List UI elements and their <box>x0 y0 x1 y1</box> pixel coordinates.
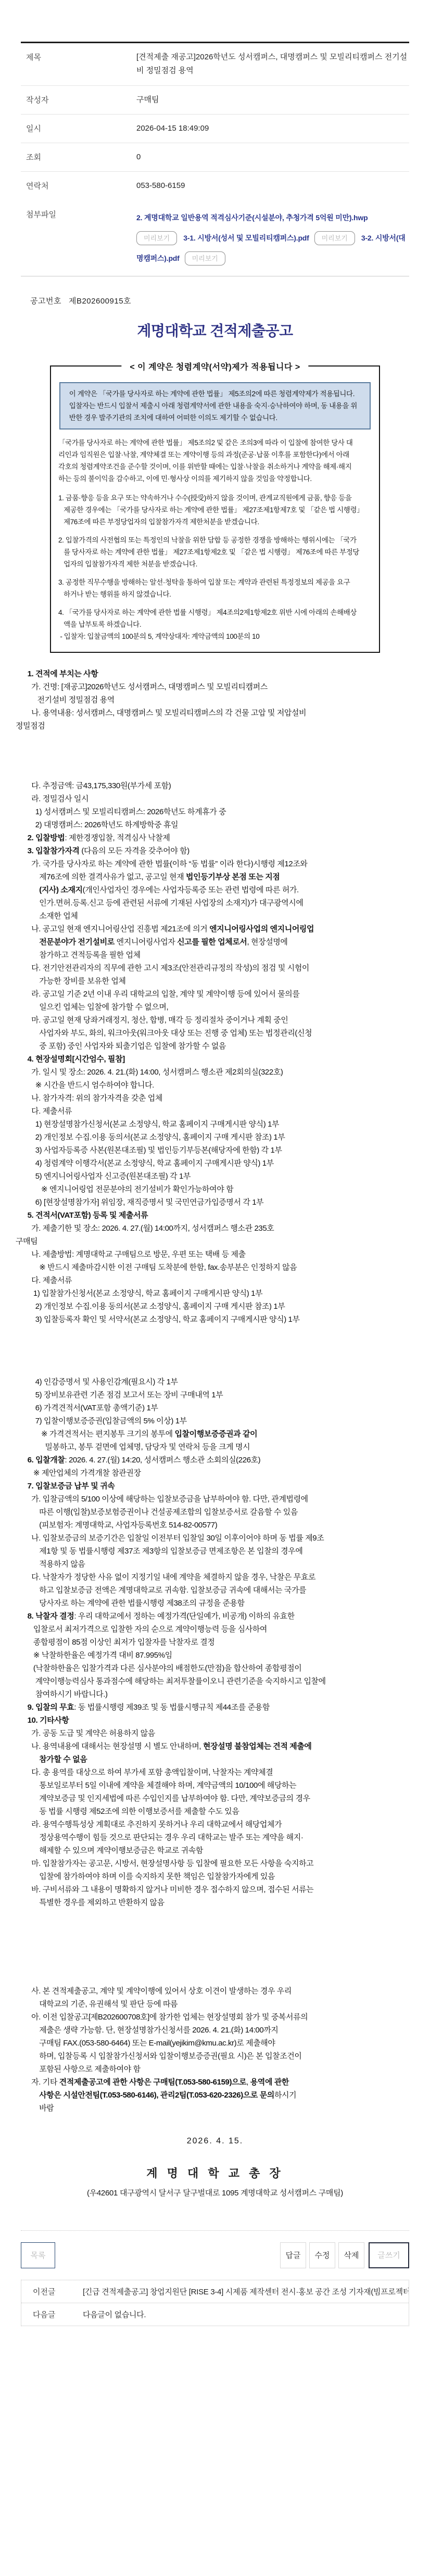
action-bar: 목록 답글 수정 삭제 글쓰기 <box>21 2242 409 2268</box>
doc-line: ※ 엔지니어링업 전문분야의 전기설비가 확인가능하여야 함 <box>16 1183 409 1196</box>
integrity-box-heading: < 이 계약은 청렴계약(서약)제가 적용됩니다 > <box>121 360 308 372</box>
list-button[interactable]: 목록 <box>21 2242 55 2268</box>
doc-line: (피보험자: 계명대학교, 사업자등록번호 514-82-00577) <box>16 1519 409 1532</box>
doc-line: 가능한 장비를 보유한 업체 <box>16 975 409 988</box>
notice-address: (우42601 대구광역시 달서구 달구벌대로 1095 계명대학교 성서캠퍼스… <box>21 2187 409 2198</box>
prev-next-row: 다음글다음글이 없습니다. <box>21 2303 409 2326</box>
field-label: 연락처 <box>21 179 136 191</box>
doc-line: (낙찰하한율은 입찰가격과 다른 심사분야의 배점한도(만점)을 합산하여 종합… <box>16 1662 409 1675</box>
doc-line: 6) [현장설명참가자] 위임장, 재직증명서 및 국민연금가입증명서 각 1부 <box>16 1196 409 1209</box>
doc-line: 당사자로 하는 계약에 관한 법률시행령 제38조의 규정을 준용함 <box>16 1597 409 1610</box>
doc-line: 하고 입찰보증금 전액은 계명대학교로 귀속함. 입찰보증금 귀속에 대해서는 … <box>16 1584 409 1597</box>
notice-signature: 계 명 대 학 교 총 장 <box>21 2165 409 2181</box>
doc-line: 4. 「국가를 당사자로 하는 계약에 관한 법률 시행령」 제4조의2제1항제… <box>58 607 372 618</box>
doc-line: 다. 추정금액: 금43,175,330원(부가세 포함) <box>16 779 409 792</box>
doc-line: 바람 <box>16 2102 409 2115</box>
notice-number: 공고번호제B202600915호 <box>21 295 409 306</box>
preview-button[interactable]: 미리보기 <box>185 251 225 266</box>
doc-line: 바. 구비서류와 그 내용이 명확하지 않거나 미비한 경우 접수하지 않으며,… <box>16 1883 409 1896</box>
doc-line: 다. 낙찰자가 정당한 사유 없이 지정기일 내에 계약을 체결하지 않을 경우… <box>16 1571 409 1584</box>
doc-line: 따른 이행(입찰)보증보험증권이나 건설공제조합의 입찰보증서로 갈음할 수 있… <box>16 1506 409 1519</box>
doc-line: 업자의 입찰참가자격 제한 처분을 받겠습니다. <box>58 558 372 570</box>
attachments-row: 첨부파일 2. 계명대학교 일반용역 적격심사기준(시설분야, 추청가격 5억원… <box>21 200 409 276</box>
field-label: 제목 <box>21 50 136 62</box>
doc-line: 2. 입찰방법: 제한경쟁입찰, 적격심사 낙찰제 <box>16 831 409 844</box>
doc-line: 나. 공고일 현재 엔지니어링산업 진흥법 제21조에 의거 엔지니어링사업의 … <box>16 923 409 936</box>
doc-line: 2) 대명캠퍼스: 2026학년도 하계방학중 휴일 <box>16 818 409 831</box>
doc-line: 가. 일시 및 장소: 2026. 4. 21.(화) 14:00, 성서캠퍼스… <box>16 1066 409 1079</box>
doc-line: 나. 참가자격: 위의 참가자격을 갖춘 업체 <box>16 1092 409 1105</box>
doc-line: 나. 용역내용에 대해서는 현장설명 시 별도 안내하며, 현장설명 불참업체는… <box>16 1740 409 1753</box>
board-post-page: 제목[견적제출 재공고]2026학년도 성서캠퍼스, 대명캠퍼스 및 모빌리티캠… <box>0 0 430 2576</box>
doc-line: 가. 공동 도급 및 계약은 허용하지 않음 <box>16 1727 409 1740</box>
notice-number-label: 공고번호 <box>30 297 61 306</box>
post-field-row: 조회0 <box>21 143 409 172</box>
doc-line: 제출은 생략 가능함. 단, 현장설명참가신청서를 2026. 4. 21.(화… <box>16 2024 409 2037</box>
field-label: 조회 <box>21 150 136 162</box>
integrity-box-intro: 이 계약은 「국가를 당사자로 하는 계약에 관한 법률」 제5조의2에 따른 … <box>59 382 371 430</box>
doc-line: 해제할 수 있으며 계약이행보증금은 학교로 귀속함 <box>16 1844 409 1857</box>
attachments-label: 첨부파일 <box>21 208 136 220</box>
doc-line: 동 법률 시행령 제52조에 의한 이행보증서를 제출할 수도 있음 <box>16 1805 409 1818</box>
integrity-contract-box: < 이 계약은 청렴계약(서약)제가 적용됩니다 > 이 계약은 「국가를 당사… <box>50 365 380 653</box>
bottom-spacer <box>21 2326 409 2576</box>
doc-line: 마. 입찰참가자는 공고문, 시방서, 현장설명사항 등 입찰에 필요한 모든 … <box>16 1857 409 1870</box>
doc-line: 계약이행능력심사 통과점수에 해당하는 최저투찰률이오니 관련기준을 숙지하시고… <box>16 1675 409 1688</box>
doc-line: 9. 입찰의 무효: 동 법률시행령 제39조 및 동 법률시행규칙 제44조를… <box>16 1701 409 1714</box>
doc-line: 7) 입찰이행보증증권(입찰금액의 5% 이상) 1부 <box>16 1415 409 1428</box>
doc-line: 를 당사자로 하는 계약에 관한 법률」 제27조제1항제2호 및 「같은 법 … <box>58 546 372 558</box>
doc-line: 액을 납부토록 하겠습니다. <box>58 618 372 630</box>
doc-line: 가. 입찰금액의 5/100 이상에 해당하는 입찰보증금을 납부하여야 함. … <box>16 1493 409 1506</box>
doc-line: 전문분야가 전기설비로 엔지니어링사업자 신고를 필한 업체로서, 현장설명에 <box>16 936 409 949</box>
doc-line: 종합평점이 85점 이상인 최저가 입찰자를 낙찰자로 결정 <box>16 1636 409 1649</box>
doc-line: 적용하지 않음 <box>16 1558 409 1571</box>
doc-line: 입찰자는 반드시 입찰서 제출시 아래 청렴계약서에 관한 내용을 숙지·승낙하… <box>66 400 364 412</box>
doc-line: 중 포함) 중인 사업자와 퇴출기업은 입찰에 참가할 수 없음 <box>16 1040 409 1053</box>
doc-line: 다. 총 용역를 대상으로 하여 부가세 포함 총액입찰이며, 낙찰자는 계약체… <box>16 1766 409 1779</box>
doc-line: 2. 입찰가격의 사전협의 또는 특정인의 낙찰을 위한 담합 등 공정한 경쟁… <box>58 534 372 546</box>
doc-line: 1) 입찰참가신청서(본교 소정양식, 학교 홈페이지 구매게시판 양식) 1부 <box>16 1287 409 1300</box>
doc-line: ※ 시간을 반드시 엄수하여야 합니다. <box>16 1079 409 1092</box>
field-value: 구매팀 <box>136 93 409 107</box>
field-label: 작성자 <box>21 93 136 105</box>
post-field-row: 일시2026-04-15 18:49:09 <box>21 115 409 143</box>
doc-line: 나. 제출방법: 계명대학교 구매팀으로 방문, 우편 또는 택배 등 제출 <box>16 1248 409 1261</box>
action-bar-right: 답글 수정 삭제 글쓰기 <box>277 2242 409 2268</box>
prev-next-row: 이전글[긴급 견적제출공고] 창업지원단 [RISE 3-4] 시제품 제작센터… <box>21 2280 409 2303</box>
prev-next-label: 다음글 <box>21 2309 83 2320</box>
doc-line: 제76조에 의한 결격사유가 없고, 공고일 현재 법인등기부상 본점 또는 지… <box>16 870 409 883</box>
doc-line: 참여하시기 바랍니다.) <box>16 1688 409 1701</box>
doc-line: 나. 용역내용: 성서캠퍼스, 대명캠퍼스 및 모빌리티캠퍼스의 각 건물 고압… <box>16 706 409 719</box>
doc-line: 하며, 입찰등록 시 입찰참가신청서와 입찰이행보증증권(필요 시)은 본 입찰… <box>16 2050 409 2063</box>
prev-post-link[interactable]: [긴급 견적제출공고] 창업지원단 [RISE 3-4] 시제품 제작센터 전시… <box>83 2286 409 2297</box>
doc-line: 사. 본 견적제출공고, 계약 및 계약이행에 있어서 상호 이견이 발생하는 … <box>16 1985 409 1998</box>
doc-line: 1) 성서캠퍼스 및 모빌리티캠퍼스: 2026학년도 하계휴가 중 <box>16 805 409 818</box>
doc-line: 계약보증금 및 인지세법에 따른 수입인지를 납부하여야 함. 다만, 계약보증… <box>16 1792 409 1805</box>
doc-line: 밀봉하고, 봉투 겉면에 업체명, 담당자 및 연락처 등을 크게 명시 <box>16 1441 409 1454</box>
notice-body: 1. 견적에 부치는 사항 가. 건명: [재공고]2026학년도 성서캠퍼스,… <box>21 667 409 2115</box>
doc-line: 5) 장비보유관련 기존 점검 보고서 또는 장비 구매내역 1부 <box>16 1388 409 1401</box>
doc-line: 4. 현장설명회[시간엄수, 필참] <box>16 1053 409 1066</box>
doc-line: 라. 정밀검사 일시 <box>16 792 409 805</box>
doc-line: 나. 입찰보증금의 보증기간은 입찰일 이전부터 입찰일 30일 이후이어야 하… <box>16 1532 409 1545</box>
field-value: 053-580-6159 <box>136 179 409 193</box>
edit-button[interactable]: 수정 <box>309 2242 335 2268</box>
doc-line: 사업자와 부도, 화의, 워크아웃(워크아웃 대상 또는 진행 중 업체) 또는… <box>16 1027 409 1040</box>
notice-date: 2026. 4. 15. <box>21 2137 409 2146</box>
doc-line: 2) 개인정보 수집.이용 동의서(본교 소정양식, 홈페이지 구매 게시판 참… <box>16 1131 409 1144</box>
doc-line: 하는 등의 불이익을 감수하고, 이에 민·형사상 이의를 제기하지 않을 것임… <box>58 473 372 485</box>
preview-button[interactable]: 미리보기 <box>314 231 355 245</box>
doc-line: 이 계약은 「국가를 당사자로 하는 계약에 관한 법률」 제5조의2에 따른 … <box>66 388 364 400</box>
doc-line: 일으킨 업체는 입찰에 참가할 수 없으며, <box>16 1001 409 1014</box>
doc-line: 다. 전기안전관리자의 직무에 관한 고시 제3조(안전관리규정의 작성)의 점… <box>16 962 409 975</box>
doc-line: 소재한 업체 <box>16 910 409 923</box>
prev-next-label: 이전글 <box>21 2286 83 2297</box>
doc-line: 1. 금품·향응 등을 요구 또는 약속하거나 수수(授受)하지 않을 것이며,… <box>58 492 372 504</box>
doc-line: 4) 인감증명서 및 사용인감계(필요시) 각 1부 <box>16 1375 409 1388</box>
doc-line: 리인과 임직원은 입찰·낙찰, 계약체결 또는 계약이행 등의 과정(준공·납품… <box>58 449 372 461</box>
attachment-link[interactable]: 2. 계명대학교 일반용역 적격심사기준(시설분야, 추청가격 5억원 미만).… <box>136 213 368 222</box>
doc-line: 라. 용역수행특성상 계획대로 추진하지 못하거나 우리 대학교에서 해당업체가 <box>16 1818 409 1831</box>
divider <box>21 2230 409 2231</box>
doc-line: 마. 공고일 현재 당좌거래정지, 청산, 합병, 매각 등 정리절차 중이거나… <box>16 1014 409 1027</box>
doc-line: 하거나 받는 행위를 하지 않겠습니다. <box>58 588 372 600</box>
doc-line: 각호의 청렴계약조건을 준수할 것이며, 이를 위반할 때에는 입찰·낙찰을 취… <box>58 461 372 473</box>
next-post-text: 다음글이 없습니다. <box>83 2309 409 2320</box>
doc-line: 10. 기타사항 <box>16 1714 409 1727</box>
doc-line: 다. 제출서류 <box>16 1274 409 1287</box>
doc-line: 제1항 및 동 법률시행령 제37조 제3항의 입찰보증금 면제조항은 본 입찰… <box>16 1545 409 1558</box>
post-header-table: 제목[견적제출 재공고]2026학년도 성서캠퍼스, 대명캠퍼스 및 모빌리티캠… <box>21 42 409 276</box>
post-field-row: 작성자구매팀 <box>21 86 409 115</box>
reply-button[interactable]: 답글 <box>280 2242 306 2268</box>
doc-line: 가. 국가를 당사자로 하는 계약에 관한 법률(이하 “동 법률” 이라 한다… <box>16 857 409 870</box>
doc-line: 3) 사업자등록증 사본(원본대조필) 및 법인등기부등본(해당자에 한함) 각… <box>16 1144 409 1157</box>
doc-line: 반한 경우 발주기관의 조치에 대하여 어떠한 이의도 제기할 수 없습니다. <box>66 412 364 424</box>
doc-line: 3. 공정한 직무수행을 방해하는 알선·청탁을 통하여 입찰 또는 계약과 관… <box>58 576 372 588</box>
doc-line: 2) 개인정보 수집.이용 동의서(본교 소정양식, 홈페이지 구매 게시판 참… <box>16 1300 409 1313</box>
integrity-box-body: 「국가를 당사자로 하는 계약에 관한 법률」 제5조의2 및 같은 조의3에 … <box>58 437 372 642</box>
doc-line: 제공한 경우에는 「국가를 당사자로 하는 계약에 관한 법률」 제27조제1항… <box>58 504 372 516</box>
prev-next-table: 이전글[긴급 견적제출공고] 창업지원단 [RISE 3-4] 시제품 제작센터… <box>21 2280 409 2326</box>
notice-title: 계명대학교 견적제출공고 <box>21 320 409 340</box>
field-value: 0 <box>136 150 409 164</box>
doc-line: - 입찰자: 입찰금액의 100분의 5, 계약상대자: 계약금액의 100분의… <box>58 630 372 642</box>
doc-line: 제76조에 따른 부정당업자의 입찰참가자격 제한처분을 받겠습니다. <box>58 516 372 528</box>
doc-line: ※ 낙찰하한율은 예정가격 대비 87.995%임 <box>16 1649 409 1662</box>
doc-line: 입찰로서 최저가격으로 입찰한 자의 순으로 계약이행능력 등을 심사하여 <box>16 1623 409 1636</box>
doc-line: 사항은 시설안전팀(T.053-580-6146), 관리2팀(T.053-62… <box>16 2089 409 2102</box>
doc-line: 참가할 수 없음 <box>16 1753 409 1766</box>
field-label: 일시 <box>21 122 136 134</box>
doc-line: 가. 제출기한 및 장소: 2026. 4. 27.(월) 14:00까지, 성… <box>16 1222 409 1235</box>
doc-line: 1. 견적에 부치는 사항 <box>16 667 409 680</box>
doc-line: 입찰에 참가하여야 하며 이를 숙지하지 못한 책임은 입찰참가자에게 있음 <box>16 1870 409 1883</box>
doc-line: 8. 낙찰자 결정: 우리 대학교에서 정하는 예정가격(단일예가, 비공개) … <box>16 1610 409 1623</box>
doc-line: 구매팀 <box>16 1235 409 1248</box>
doc-line: ※ 제안업체의 가격개찰 참관권장 <box>16 1467 409 1480</box>
doc-line: (지사) 소재지(개인사업자인 경우에는 사업자등록증 또는 관련 법령에 따른… <box>16 883 409 896</box>
doc-line: 대학교의 기준, 유권해석 및 판단 등에 따름 <box>16 1998 409 2011</box>
doc-line: 5. 견적서(VAT포함) 등록 및 제출서류 <box>16 1209 409 1222</box>
doc-line: 「국가를 당사자로 하는 계약에 관한 법률」 제5조의2 및 같은 조의3에 … <box>58 437 372 449</box>
doc-line: 7. 입찰보증금 납부 및 귀속 <box>16 1480 409 1493</box>
doc-line: 참가하고 견적등록을 필한 업체 <box>16 949 409 962</box>
doc-line: 가. 건명: [재공고]2026학년도 성서캠퍼스, 대명캠퍼스 및 모빌리티캠… <box>16 680 409 693</box>
doc-line: 3. 입찰참가자격 (다음의 모든 자격을 갖추어야 함) <box>16 844 409 857</box>
doc-line: 구매팀 FAX.(053-580-6464) 또는 E-mail(yejikim… <box>16 2037 409 2050</box>
doc-line: 1) 현장설명참가신청서(본교 소정양식, 학교 홈페이지 구매게시판 양식) … <box>16 1118 409 1131</box>
notice-number-value: 제B202600915호 <box>69 297 131 306</box>
doc-line: 다. 제출서류 <box>16 1105 409 1118</box>
doc-line: 자. 기타 견적제출공고에 관한 사항은 구매팀(T.053-580-6159)… <box>16 2076 409 2089</box>
post-field-row: 제목[견적제출 재공고]2026학년도 성서캠퍼스, 대명캠퍼스 및 모빌리티캠… <box>21 43 409 86</box>
attachment-link[interactable]: 3-1. 시방서(성서 및 모빌리티캠퍼스).pdf <box>183 234 309 242</box>
doc-line: 특별한 경우를 제외하고 반환하지 않음 <box>16 1896 409 1909</box>
doc-line: 아. 이전 입찰공고[제B202600708호]에 참가한 업체는 현장설명회 … <box>16 2011 409 2024</box>
field-value: [견적제출 재공고]2026학년도 성서캠퍼스, 대명캠퍼스 및 모빌리티캠퍼스… <box>136 50 409 78</box>
announcement-document: 공고번호제B202600915호 계명대학교 견적제출공고 < 이 계약은 청렴… <box>21 295 409 2198</box>
doc-line: 6) 가격견적서(VAT포함 총액기준) 1부 <box>16 1401 409 1415</box>
doc-line: 전기설비 정밀점검 용역 <box>16 693 409 706</box>
doc-line: 4) 청렴계약 이행각서(본교 소정양식, 학교 홈페이지 구매게시판 양식) … <box>16 1157 409 1170</box>
doc-line: 6. 입찰개찰: 2026. 4. 27.(월) 14:20, 성서캠퍼스 행소… <box>16 1454 409 1467</box>
doc-line: ※ 가격견적서는 편지봉투 크기의 봉투에 입찰이행보증증권과 같이 <box>16 1428 409 1441</box>
doc-line: 라. 공고일 기준 2년 이내 우리 대학교의 입찰, 계약 및 계약이행 등에… <box>16 988 409 1001</box>
doc-line: 통보일로부터 5일 이내에 계약을 체결해야 하며, 계약금액의 10/100에… <box>16 1779 409 1792</box>
field-value: 2026-04-15 18:49:09 <box>136 122 409 135</box>
doc-line: ※ 반드시 제출마감시한 이전 구매팀 도착분에 한함, fax.송부분은 인정… <box>16 1261 409 1274</box>
doc-line: 3) 입찰등록자 확인 및 서약서(본교 소정양식, 학교 홈페이지 구매게시판… <box>16 1313 409 1326</box>
doc-line: 포함된 사항으로 제출하여야 함 <box>16 2063 409 2076</box>
post-fields: 제목[견적제출 재공고]2026학년도 성서캠퍼스, 대명캠퍼스 및 모빌리티캠… <box>21 43 409 200</box>
doc-line: 5) 엔지니어링사업자 신고증(원본대조필) 각 1부 <box>16 1170 409 1183</box>
doc-line: 정밀점검 <box>16 719 409 733</box>
attachments-list: 2. 계명대학교 일반용역 적격심사기준(시설분야, 추청가격 5억원 미만).… <box>136 208 409 269</box>
doc-line: 인가.면허.등록.신고 등에 관련된 서류에 기재된 사업장의 소재지)가 대구… <box>16 896 409 910</box>
post-field-row: 연락처053-580-6159 <box>21 172 409 200</box>
preview-button[interactable]: 미리보기 <box>136 231 177 245</box>
delete-button[interactable]: 삭제 <box>338 2242 364 2268</box>
doc-line: 정상용역수행이 힘들 것으로 판단되는 경우 우리 대학교는 발주 또는 계약을… <box>16 1831 409 1844</box>
write-button[interactable]: 글쓰기 <box>369 2242 409 2268</box>
